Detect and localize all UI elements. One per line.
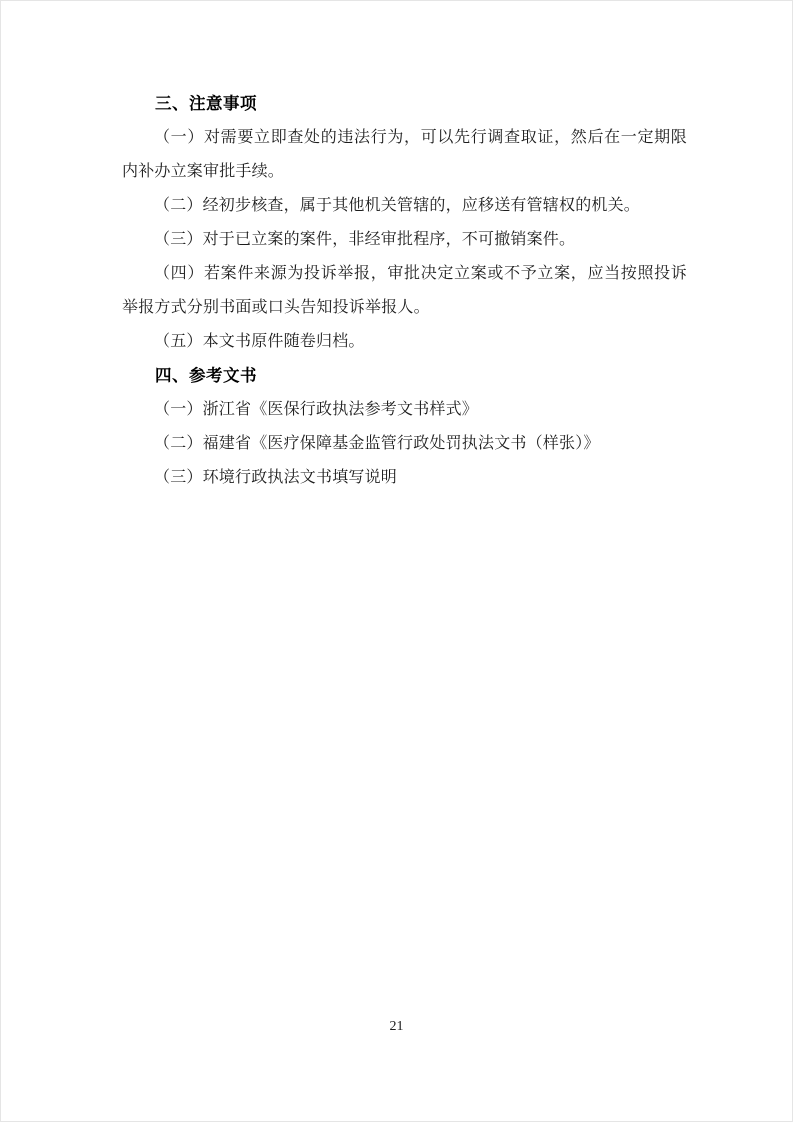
document-page: 三、注意事项 （一）对需要立即查处的违法行为，可以先行调查取证，然后在一定期限内…: [0, 0, 793, 1122]
reference-item-3: （三）环境行政执法文书填写说明: [122, 461, 687, 495]
notes-item-5: （五）本文书原件随卷归档。: [122, 325, 687, 359]
reference-item-2: （二）福建省《医疗保障基金监管行政处罚执法文书（样张）》: [122, 427, 687, 461]
reference-item-1: （一）浙江省《医保行政执法参考文书样式》: [122, 393, 687, 427]
notes-item-1: （一）对需要立即查处的违法行为，可以先行调查取证，然后在一定期限内补办立案审批手…: [122, 121, 687, 189]
section-references-heading: 四、参考文书: [122, 359, 687, 393]
notes-item-2: （二）经初步核查，属于其他机关管辖的，应移送有管辖权的机关。: [122, 189, 687, 223]
document-content: 三、注意事项 （一）对需要立即查处的违法行为，可以先行调查取证，然后在一定期限内…: [122, 87, 687, 495]
page-number: 21: [1, 1017, 792, 1037]
notes-item-4: （四）若案件来源为投诉举报，审批决定立案或不予立案，应当按照投诉举报方式分别书面…: [122, 257, 687, 325]
section-notes-heading: 三、注意事项: [122, 87, 687, 121]
notes-item-3: （三）对于已立案的案件，非经审批程序，不可撤销案件。: [122, 223, 687, 257]
